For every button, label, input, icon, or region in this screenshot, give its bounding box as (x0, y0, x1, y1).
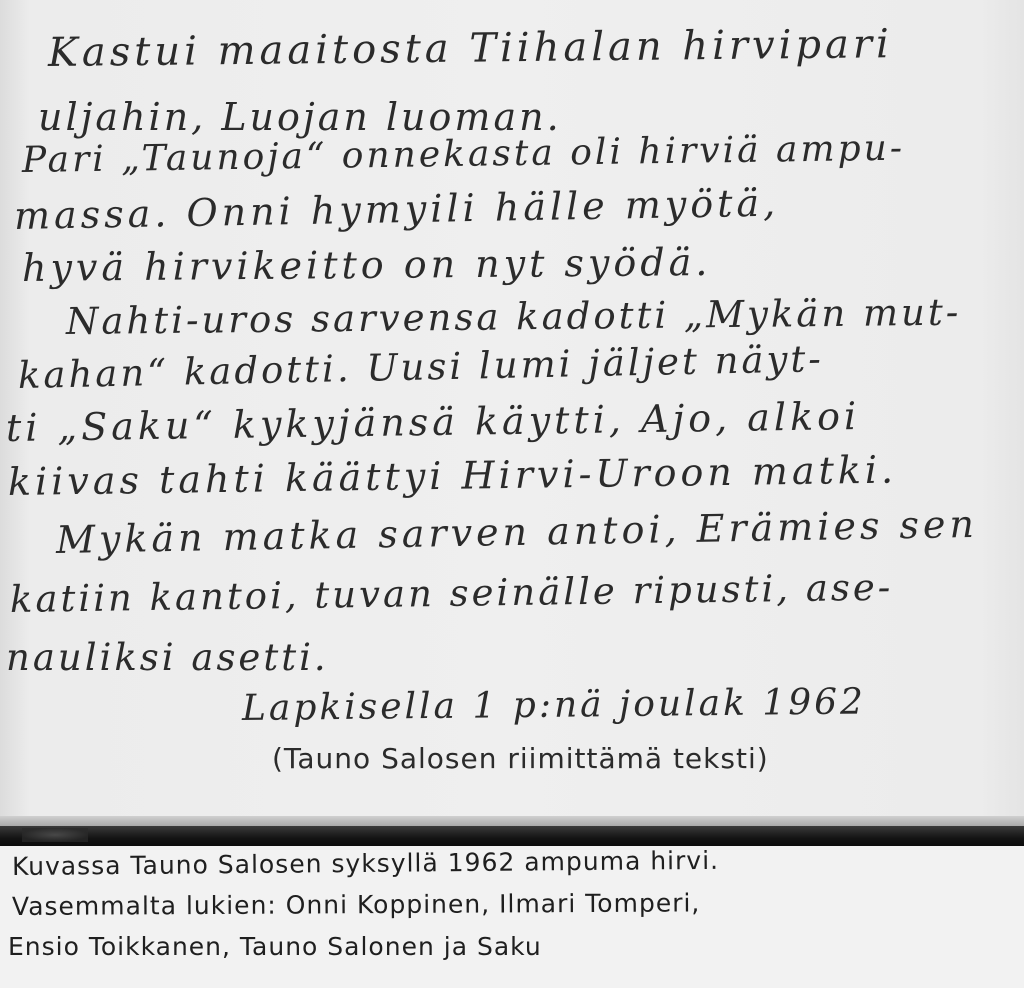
poem-line-8: ti „Saku“ kykyjänsä käytti, Ajo, alkoi (6, 394, 861, 450)
attribution: (Tauno Salosen riimittämä teksti) (272, 742, 769, 775)
poem-line-4: massa. Onni hymyili hälle myötä, (14, 181, 780, 238)
poem-line-11: katiin kantoi, tuvan seinälle ripusti, a… (10, 566, 894, 621)
poem-line-7: kahan“ kadotti. Uusi lumi jäljet näyt- (18, 337, 825, 397)
poem-line-1: Kastui maaitosta Tiihalan hirvipari (48, 21, 893, 76)
poem-line-12: nauliksi asetti. (6, 636, 329, 679)
caption-line-1: Kuvassa Tauno Salosen syksyllä 1962 ampu… (12, 846, 719, 881)
caption-line-2: Vasemmalta lukien: Onni Koppinen, Ilmari… (12, 888, 700, 921)
poem-line-2: uljahin, Luojan luoman. (38, 95, 562, 139)
photo-caption: Kuvassa Tauno Salosen syksyllä 1962 ampu… (0, 846, 1024, 988)
photo-edge-divider (0, 816, 1024, 846)
caption-line-3: Ensio Toikkanen, Tauno Salonen ja Saku (8, 932, 542, 961)
poem-line-10: Mykän matka sarven antoi, Erämies sen (56, 502, 979, 562)
poem-line-6: Nahti-uros sarvensa kadotti „Mykän mut- (66, 291, 962, 343)
place-date: Lapkisella 1 p:nä joulak 1962 (242, 681, 866, 729)
poem-line-5: hyvä hirvikeitto on nyt syödä. (22, 240, 712, 290)
poem-line-9: kiivas tahti käättyi Hirvi-Uroon matki. (8, 448, 898, 504)
divider-dark-strip (0, 826, 1024, 846)
handwritten-poem-page: Kastui maaitosta Tiihalan hirvipari ulja… (0, 0, 1024, 816)
divider-stain (22, 828, 88, 842)
divider-highlight (0, 816, 1024, 826)
